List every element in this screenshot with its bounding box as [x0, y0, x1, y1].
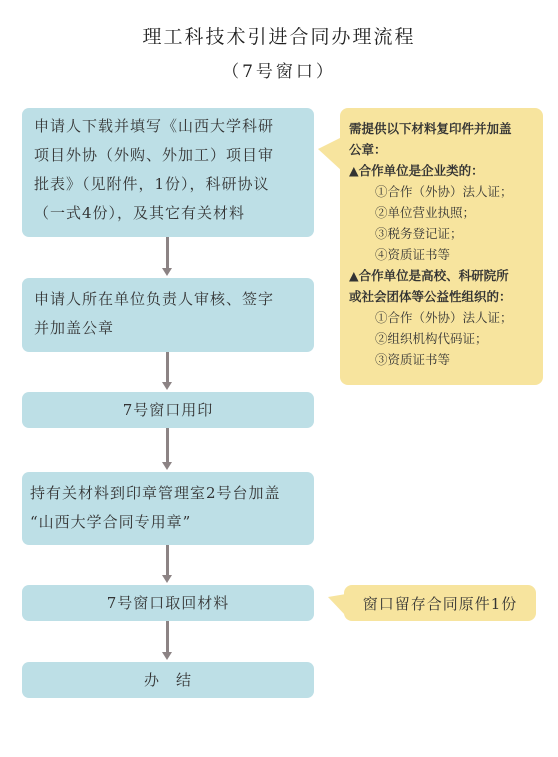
step-text-line: 申请人所在单位负责人审核、签字 [34, 287, 304, 311]
note-group-heading-enterprise: ▲合作单位是企业类的： [349, 160, 535, 181]
page-subtitle: （7号窗口） [0, 57, 558, 82]
arrow-down-icon [166, 352, 169, 384]
note-item: ②单位营业执照； [349, 202, 535, 223]
retain-original-note: 窗口留存合同原件1份 [344, 585, 536, 621]
step-text-line: 持有关材料到印章管理室2号台加盖 [30, 481, 304, 505]
note-item: ③税务登记证； [349, 223, 535, 244]
note-item: ③资质证书等 [349, 349, 535, 370]
note-item: ④资质证书等 [349, 244, 535, 265]
step-text-line: （一式4份），及其它有关材料 [34, 201, 304, 225]
step-text-line: 批表》（见附件，1份），科研协议 [34, 172, 304, 196]
note-text: 窗口留存合同原件1份 [363, 593, 518, 614]
step-6-complete: 办 结 [22, 662, 314, 698]
arrow-down-icon [166, 428, 169, 464]
step-3-window-seal: 7号窗口用印 [22, 392, 314, 428]
note-item: ①合作（外协）法人证； [349, 181, 535, 202]
note-item: ①合作（外协）法人证； [349, 307, 535, 328]
arrow-down-icon [166, 237, 169, 270]
required-materials-note: 需提供以下材料复印件并加盖 公章： ▲合作单位是企业类的： ①合作（外协）法人证… [340, 108, 543, 385]
step-text-line: “山西大学合同专用章” [30, 510, 304, 534]
note-intro-line: 公章： [349, 139, 535, 160]
step-label: 办 结 [144, 668, 192, 692]
step-text-line: 并加盖公章 [34, 316, 304, 340]
note-item: ②组织机构代码证； [349, 328, 535, 349]
note-group-heading-nonprofit: 或社会团体等公益性组织的： [349, 286, 535, 307]
page-title: 理工科技术引进合同办理流程 [0, 22, 558, 49]
step-5-retrieve-materials: 7号窗口取回材料 [22, 585, 314, 621]
step-text-line: 项目外协（外购、外加工）项目审 [34, 143, 304, 167]
step-label: 7号窗口取回材料 [107, 591, 230, 615]
step-2-unit-approval: 申请人所在单位负责人审核、签字 并加盖公章 [22, 278, 314, 352]
arrow-down-icon [166, 545, 169, 577]
note-group-heading-nonprofit: ▲合作单位是高校、科研院所 [349, 265, 535, 286]
step-4-contract-seal: 持有关材料到印章管理室2号台加盖 “山西大学合同专用章” [22, 472, 314, 545]
arrow-down-icon [166, 621, 169, 654]
step-label: 7号窗口用印 [123, 398, 214, 422]
note-intro-line: 需提供以下材料复印件并加盖 [349, 118, 535, 139]
step-text-line: 申请人下载并填写《山西大学科研 [34, 114, 304, 138]
step-1-download-form: 申请人下载并填写《山西大学科研 项目外协（外购、外加工）项目审 批表》（见附件，… [22, 108, 314, 237]
